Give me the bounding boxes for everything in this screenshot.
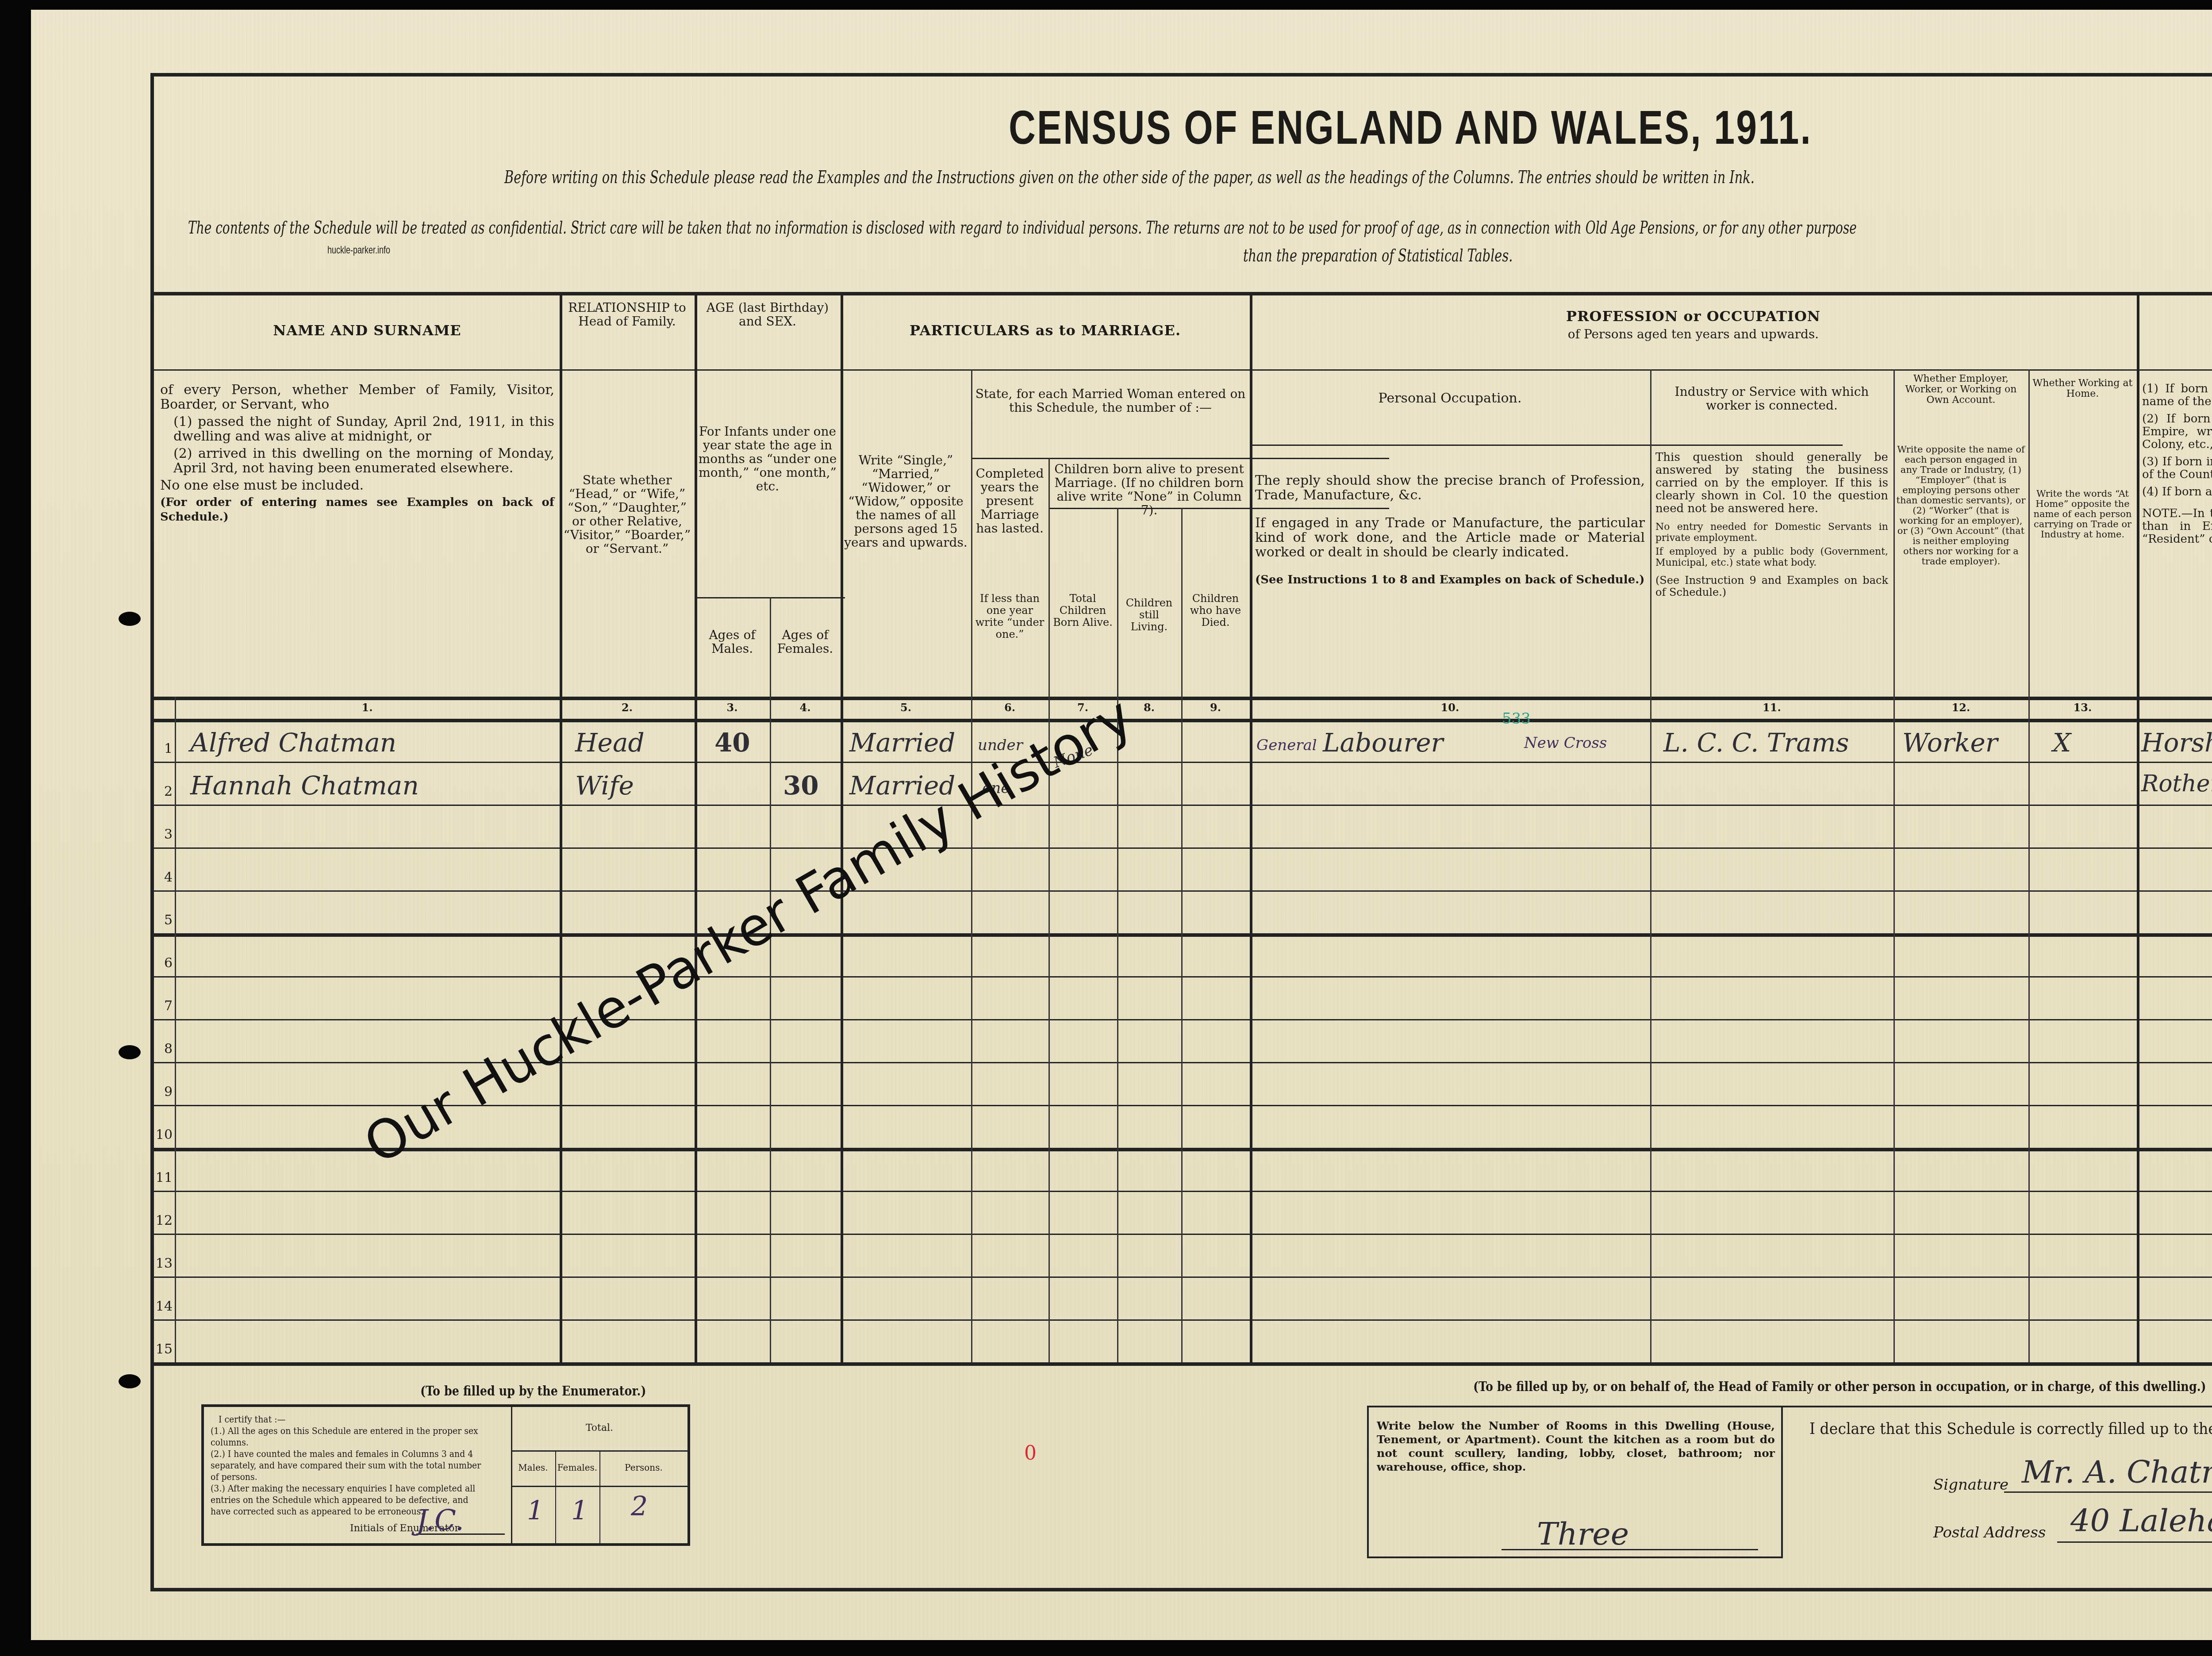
- row1-occupation-note[interactable]: New Cross: [1524, 734, 1607, 752]
- name-instr-p1: of every Person, whether Member of Famil…: [156, 383, 554, 412]
- row1-condition[interactable]: Married: [849, 728, 955, 758]
- industry-instr-p3: If employed by a public body (Government…: [1655, 546, 1888, 568]
- header-employer-worker: Whether Employer, Worker, or Working on …: [1893, 374, 2028, 406]
- instruction-statistical: than the preparation of Statistical Tabl…: [1243, 245, 1513, 266]
- header-children-born: Total Children Born Alive.: [1048, 593, 1117, 629]
- occupation-instructions: The reply should show the precise branch…: [1250, 473, 1650, 587]
- industry-instr-p2: No entry needed for Domestic Servants in…: [1655, 521, 1888, 544]
- row2-relationship[interactable]: Wife: [575, 770, 634, 801]
- row-number: 13: [150, 1256, 173, 1271]
- birthplace-instr-p1: (1) If born in the United Kingdom, write…: [2142, 383, 2212, 408]
- total-females[interactable]: 1: [571, 1495, 588, 1526]
- occupation-instr-p3: (See Instructions 1 to 8 and Examples on…: [1255, 573, 1645, 587]
- row1-name[interactable]: Alfred Chatman: [190, 728, 396, 758]
- rooms-value[interactable]: Three: [1537, 1516, 1629, 1552]
- address-label: Postal Address: [1933, 1524, 2046, 1541]
- header-occupation: PROFESSION or OCCUPATION: [1250, 310, 2137, 323]
- document-title: CENSUS OF ENGLAND AND WALES, 1911.: [310, 100, 2212, 155]
- colnum-4: 4.: [770, 701, 841, 714]
- birthplace-instructions: (1) If born in the United Kingdom, write…: [2137, 383, 2212, 546]
- header-working-at-home: Whether Working at Home.: [2028, 378, 2137, 399]
- industry-instructions: This question should generally be answer…: [1650, 451, 1893, 598]
- row-number: 3: [150, 827, 173, 842]
- punch-hole: [119, 1374, 141, 1388]
- rownum-divider: [175, 697, 176, 1362]
- colnum-3: 3.: [695, 701, 770, 714]
- colnum-9: 9.: [1181, 701, 1250, 714]
- colnum-11: 11.: [1650, 701, 1893, 714]
- address-line: [2057, 1541, 2212, 1543]
- punch-hole: [119, 612, 141, 626]
- colnum-14: 14.: [2137, 701, 2212, 714]
- header-age: AGE (last Birthday) and SEX.: [695, 301, 841, 328]
- row-number: 1: [150, 741, 173, 756]
- instruction-ink: Before writing on this Schedule please r…: [504, 167, 1755, 188]
- colnum-5: 5.: [841, 701, 971, 714]
- site-credit: huckle-parker.info: [327, 244, 390, 257]
- header-birthplace-sub: of every person.: [2137, 334, 2212, 348]
- occupation-instr-p1: The reply should show the precise branch…: [1255, 473, 1645, 502]
- header-children-died: Children who have Died.: [1181, 593, 1250, 629]
- name-instr-p3: (2) arrived in this dwelling on the morn…: [156, 446, 554, 475]
- declaration-text: I declare that this Schedule is correctl…: [1809, 1420, 2212, 1438]
- header-ages-males: Ages of Males.: [695, 628, 770, 655]
- signature-line: [2004, 1491, 2212, 1493]
- row-number: 8: [150, 1041, 173, 1057]
- relationship-instructions: State whether “Head,” or “Wife,” “Son,” …: [560, 473, 695, 556]
- name-instr-p4: No one else must be included.: [156, 478, 554, 493]
- row1-age-male[interactable]: 40: [714, 728, 750, 758]
- instruction-confidential: The contents of the Schedule will be tre…: [188, 218, 1857, 238]
- birthplace-instr-p4: (4) If born at sea, write “At Sea.”: [2142, 486, 2212, 498]
- address-value[interactable]: 40 Laleham Road Catford S.E.: [2070, 1503, 2212, 1539]
- header-ages-females: Ages of Females.: [770, 628, 841, 655]
- col-divider-8: [1181, 508, 1183, 1362]
- col-divider-1: [560, 292, 562, 1362]
- row-number: 6: [150, 955, 173, 971]
- row1-occupation[interactable]: Labourer: [1323, 728, 1443, 758]
- name-instructions: of every Person, whether Member of Famil…: [150, 383, 560, 525]
- census-table: NAME AND SURNAME of every Person, whethe…: [150, 292, 2212, 1365]
- row-number: 11: [150, 1170, 173, 1185]
- colnum-13: 13.: [2028, 701, 2137, 714]
- row-number: 14: [150, 1299, 173, 1314]
- certify-item-1: (1.) All the ages on this Schedule are e…: [211, 1425, 481, 1448]
- rooms-instructions: Write below the Number of Rooms in this …: [1377, 1419, 1775, 1474]
- employer-worker-instructions: Write opposite the name of each person e…: [1893, 445, 2028, 567]
- col-divider-4: [841, 292, 843, 1362]
- red-check-mark: 0: [1024, 1442, 1037, 1464]
- industry-instr-p4: (See Instruction 9 and Examples on back …: [1655, 575, 1888, 598]
- signature-value[interactable]: Mr. A. Chatman: [2022, 1454, 2212, 1490]
- header-children-living: Children still Living.: [1117, 597, 1181, 633]
- row1-relationship[interactable]: Head: [575, 728, 645, 758]
- name-instr-p2: (1) passed the night of Sunday, April 2n…: [156, 414, 554, 444]
- header-industry: Industry or Service with which worker is…: [1650, 385, 1893, 412]
- declaration-box: I declare that this Schedule is correctl…: [1783, 1406, 2212, 1558]
- birthplace-instr-p3: (3) If born in a Foreign Country, write …: [2142, 456, 2212, 481]
- row1-occupation-code: 533: [1502, 710, 1531, 728]
- birthplace-note: NOTE.—In the case of persons born elsewh…: [2142, 507, 2212, 546]
- row2-age-female[interactable]: 30: [783, 770, 819, 801]
- col-divider-9: [1250, 292, 1252, 1362]
- punch-hole: [119, 1045, 141, 1059]
- row-number: 12: [150, 1213, 173, 1228]
- group-header-rule: [150, 369, 2212, 371]
- occupation-subheader-rule: [1250, 445, 1843, 446]
- col-divider-7: [1117, 508, 1118, 1362]
- industry-instr-p1: This question should generally be answer…: [1655, 451, 1888, 515]
- males-label: Males.: [511, 1462, 555, 1473]
- head-of-family-heading: (To be filled up by, or on behalf of, th…: [1473, 1379, 2206, 1395]
- row-number: 2: [150, 784, 173, 799]
- header-occupation-sub: of Persons aged ten years and upwards.: [1250, 327, 2137, 341]
- row-number: 4: [150, 870, 173, 885]
- table-top-rule: [150, 292, 2212, 295]
- colnum-12: 12.: [1893, 701, 2028, 714]
- header-personal-occupation: Personal Occupation.: [1250, 391, 1650, 405]
- colnum-10: 10.: [1250, 701, 1650, 714]
- totals-label: Total.: [511, 1422, 688, 1434]
- birthplace-instr-p2: (2) If born in any other part of the Bri…: [2142, 413, 2212, 451]
- persons-label: Persons.: [599, 1462, 688, 1473]
- marriage-col6-instructions: Completed years the present Marriage has…: [971, 467, 1048, 535]
- age-instructions: For Infants under one year state the age…: [695, 425, 841, 493]
- row-number: 10: [150, 1127, 173, 1142]
- children-instructions: Children born alive to present Marriage.…: [1048, 462, 1250, 517]
- row1-at-home[interactable]: X: [2053, 728, 2071, 758]
- occupation-instr-p2: If engaged in any Trade or Manufacture, …: [1255, 516, 1645, 560]
- header-name: NAME AND SURNAME: [175, 324, 560, 337]
- header-marriage: PARTICULARS as to MARRIAGE.: [841, 324, 1250, 337]
- married-woman-instructions: State, for each Married Woman entered on…: [971, 387, 1250, 414]
- rooms-box: Write below the Number of Rooms in this …: [1367, 1406, 1783, 1558]
- colnum-6: 6.: [971, 701, 1048, 714]
- header-relationship: RELATIONSHIP to Head of Family.: [560, 301, 695, 328]
- married-woman-rule: [971, 458, 1389, 459]
- table-bottom-rule: [150, 1362, 2212, 1366]
- certify-label: I certify that :—: [211, 1414, 481, 1425]
- enumerator-certification: I certify that :— (1.) All the ages on t…: [211, 1414, 481, 1517]
- enumerator-initials[interactable]: J.C.: [416, 1504, 464, 1537]
- enumerator-heading: (To be filled up by the Enumerator.): [420, 1384, 646, 1399]
- working-at-home-instructions: Write the words “At Home” opposite the n…: [2028, 489, 2137, 540]
- colnum-1: 1.: [175, 701, 560, 714]
- name-instr-p5: (For order of entering names see Example…: [156, 495, 554, 525]
- signature-label: Signature: [1933, 1476, 2008, 1494]
- row1-employment[interactable]: Worker: [1902, 728, 1998, 758]
- females-label: Females.: [555, 1462, 599, 1473]
- header-birthplace: BIRTHPLACE: [2137, 318, 2212, 332]
- total-persons[interactable]: 2: [631, 1491, 648, 1522]
- marriage-col6-note: If less than one year write “under one.”: [971, 593, 1048, 640]
- row1-occupation-prefix[interactable]: General: [1256, 736, 1317, 754]
- row-number: 9: [150, 1084, 173, 1100]
- row-number: 5: [150, 912, 173, 928]
- enumerator-box: I certify that :— (1.) All the ages on t…: [201, 1404, 690, 1546]
- total-males[interactable]: 1: [527, 1495, 544, 1526]
- certify-item-2: (2.) I have counted the males and female…: [211, 1448, 481, 1483]
- colnum-2: 2.: [560, 701, 695, 714]
- row2-name[interactable]: Hannah Chatman: [190, 770, 419, 801]
- row2-birthplace[interactable]: Rotherhithe London: [2141, 770, 2212, 797]
- row1-birthplace[interactable]: Horsham Sussex: [2141, 728, 2212, 758]
- row1-industry[interactable]: L. C. C. Trams: [1663, 728, 1849, 758]
- row-number: 7: [150, 998, 173, 1014]
- row-number: 15: [150, 1342, 173, 1357]
- marriage-col5-instructions: Write “Single,” “Married,” “Widower,” or…: [841, 453, 971, 549]
